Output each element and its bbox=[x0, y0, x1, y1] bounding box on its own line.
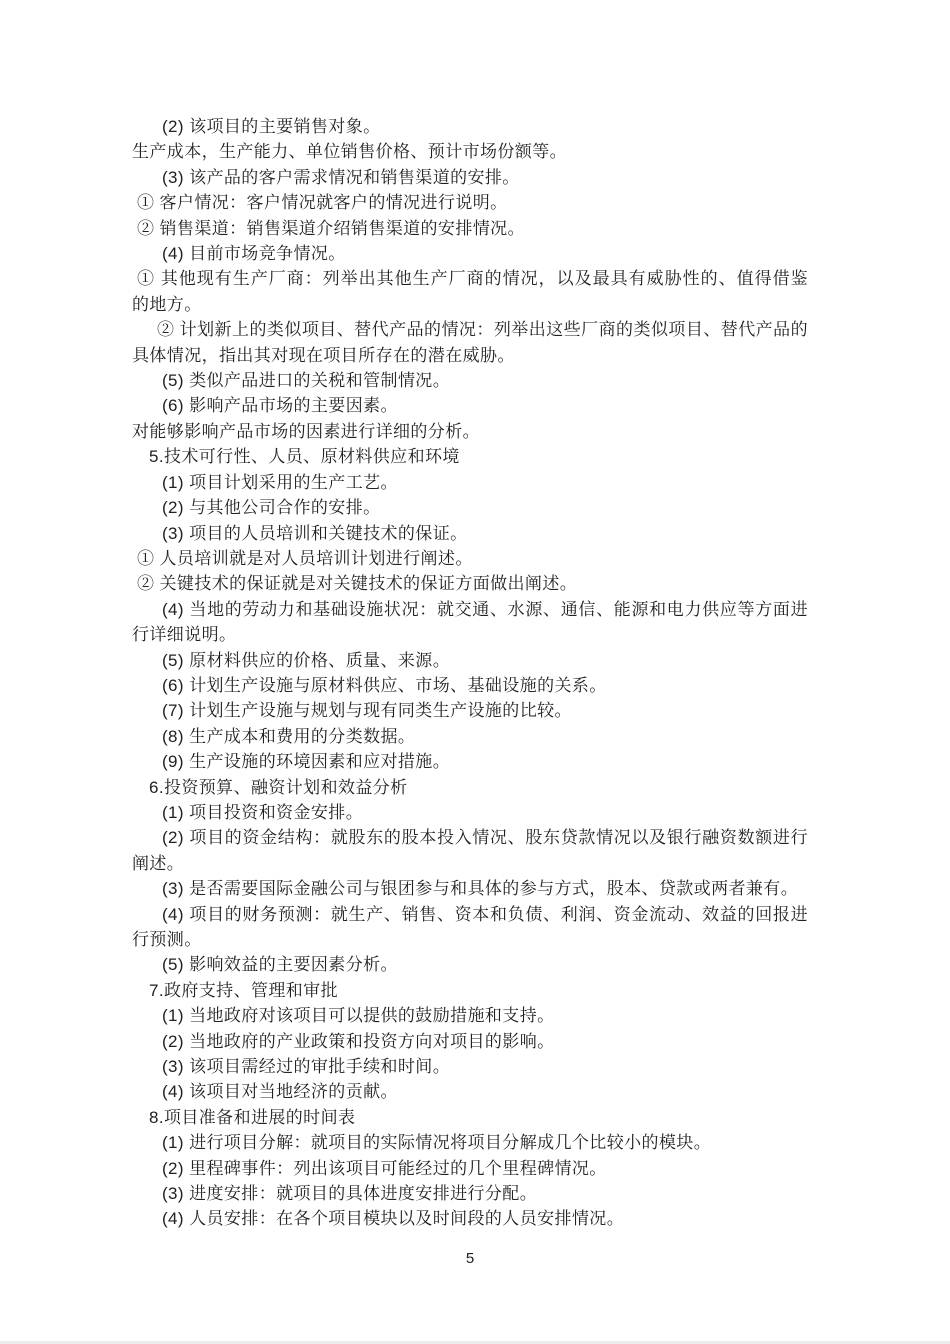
document-line: 对能够影响产品市场的因素进行详细的分析。 bbox=[132, 419, 808, 444]
document-line: (6) 计划生产设施与原材料供应、市场、基础设施的关系。 bbox=[132, 673, 808, 698]
document-line: (5) 原材料供应的价格、质量、来源。 bbox=[132, 648, 808, 673]
document-line: 的地方。 bbox=[132, 292, 808, 317]
document-line: (1) 项目投资和资金安排。 bbox=[132, 800, 808, 825]
document-line: (7) 计划生产设施与规划与现有同类生产设施的比较。 bbox=[132, 698, 808, 723]
document-line: ① 人员培训就是对人员培训计划进行阐述。 bbox=[132, 546, 808, 571]
document-line: ② 关键技术的保证就是对关键技术的保证方面做出阐述。 bbox=[132, 571, 808, 596]
document-page: (2) 该项目的主要销售对象。生产成本，生产能力、单位销售价格、预计市场份额等。… bbox=[0, 0, 950, 1344]
document-line: (1) 当地政府对该项目可以提供的鼓励措施和支持。 bbox=[132, 1003, 808, 1028]
document-line: 行预测。 bbox=[132, 927, 808, 952]
document-line: (1) 项目计划采用的生产工艺。 bbox=[132, 470, 808, 495]
document-line: (3) 项目的人员培训和关键技术的保证。 bbox=[132, 521, 808, 546]
document-line: (3) 该项目需经过的审批手续和时间。 bbox=[132, 1054, 808, 1079]
document-line: ② 销售渠道：销售渠道介绍销售渠道的安排情况。 bbox=[132, 216, 808, 241]
document-line: ② 计划新上的类似项目、替代产品的情况：列举出这些厂商的类似项目、替代产品的 bbox=[132, 317, 808, 342]
document-line: (2) 与其他公司合作的安排。 bbox=[132, 495, 808, 520]
document-line: ① 客户情况：客户情况就客户的情况进行说明。 bbox=[132, 190, 808, 215]
document-line: 7.政府支持、管理和审批 bbox=[132, 978, 808, 1003]
document-line: (5) 影响效益的主要因素分析。 bbox=[132, 952, 808, 977]
document-line: (4) 该项目对当地经济的贡献。 bbox=[132, 1079, 808, 1104]
document-line: (8) 生产成本和费用的分类数据。 bbox=[132, 724, 808, 749]
document-line: (4) 人员安排：在各个项目模块以及时间段的人员安排情况。 bbox=[132, 1206, 808, 1231]
document-body: (2) 该项目的主要销售对象。生产成本，生产能力、单位销售价格、预计市场份额等。… bbox=[132, 114, 808, 1232]
document-line: (3) 是否需要国际金融公司与银团参与和具体的参与方式，股本、贷款或两者兼有。 bbox=[132, 876, 808, 901]
document-line: ① 其他现有生产厂商：列举出其他生产厂商的情况，以及最具有威胁性的、值得借鉴 bbox=[132, 266, 808, 291]
document-line: (2) 该项目的主要销售对象。 bbox=[132, 114, 808, 139]
document-line: 6.投资预算、融资计划和效益分析 bbox=[132, 775, 808, 800]
document-line: (9) 生产设施的环境因素和应对措施。 bbox=[132, 749, 808, 774]
document-line: 5.技术可行性、人员、原材料供应和环境 bbox=[132, 444, 808, 469]
document-line: (2) 项目的资金结构：就股东的股本投入情况、股东贷款情况以及银行融资数额进行 bbox=[132, 825, 808, 850]
document-line: (4) 当地的劳动力和基础设施状况：就交通、水源、通信、能源和电力供应等方面进 bbox=[132, 597, 808, 622]
document-line: (2) 当地政府的产业政策和投资方向对项目的影响。 bbox=[132, 1029, 808, 1054]
document-line: (4) 项目的财务预测：就生产、销售、资本和负债、利润、资金流动、效益的回报进 bbox=[132, 902, 808, 927]
document-line: (1) 进行项目分解：就项目的实际情况将项目分解成几个比较小的模块。 bbox=[132, 1130, 808, 1155]
document-line: (3) 进度安排：就项目的具体进度安排进行分配。 bbox=[132, 1181, 808, 1206]
document-line: 具体情况，指出其对现在项目所存在的潜在威胁。 bbox=[132, 343, 808, 368]
document-line: (6) 影响产品市场的主要因素。 bbox=[132, 393, 808, 418]
document-line: 生产成本，生产能力、单位销售价格、预计市场份额等。 bbox=[132, 139, 808, 164]
document-line: 行详细说明。 bbox=[132, 622, 808, 647]
document-line: 8.项目准备和进展的时间表 bbox=[132, 1105, 808, 1130]
document-line: (5) 类似产品进口的关税和管制情况。 bbox=[132, 368, 808, 393]
page-number: 5 bbox=[132, 1246, 808, 1271]
document-line: 阐述。 bbox=[132, 851, 808, 876]
document-line: (3) 该产品的客户需求情况和销售渠道的安排。 bbox=[132, 165, 808, 190]
document-line: (2) 里程碑事件：列出该项目可能经过的几个里程碑情况。 bbox=[132, 1156, 808, 1181]
document-line: (4) 目前市场竞争情况。 bbox=[132, 241, 808, 266]
